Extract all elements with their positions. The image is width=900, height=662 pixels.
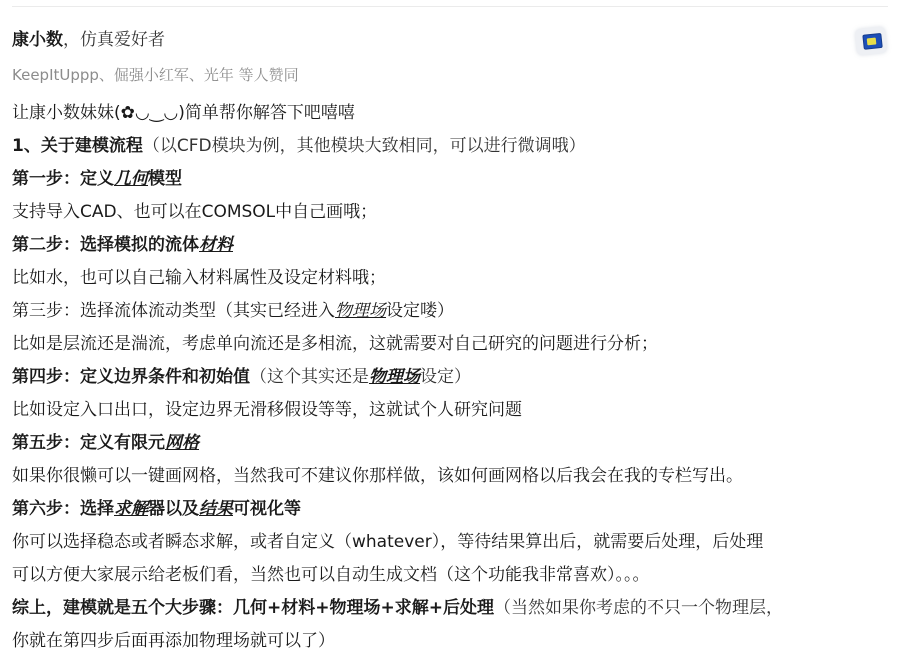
section-1-note: （以CFD模块为例，其他模块大致相同，可以进行微调哦）: [143, 136, 586, 156]
step-2-prefix: 第二步：选择模拟的流体: [12, 235, 199, 255]
step-4-keyword-link[interactable]: 物理场: [369, 367, 420, 387]
summary-heading: 综上，建模就是五个大步骤：几何+材料+物理场+求解+后处理（当然如果你考虑的不只…: [12, 592, 892, 625]
step-3-keyword-link[interactable]: 物理场: [335, 301, 386, 321]
step-3-desc: 比如是层流还是湍流，考虑单向流还是多相流，这就需要对自己研究的问题进行分析；: [12, 328, 892, 361]
step-6-heading: 第六步：选择求解器以及结果可视化等: [12, 493, 892, 526]
section-1-heading: 1、关于建模流程（以CFD模块为例，其他模块大致相同，可以进行微调哦）: [12, 130, 892, 163]
step-5-heading: 第五步：定义有限元网格: [12, 427, 892, 460]
step-1-suffix: 模型: [148, 169, 182, 189]
step-6-middle: 器以及: [148, 499, 199, 519]
step-2-desc: 比如水，也可以自己输入材料属性及设定材料哦；: [12, 262, 892, 295]
step-4-note-suffix: 设定）: [420, 367, 471, 387]
step-6-keyword1-link[interactable]: 求解: [114, 499, 148, 519]
step-4-note-prefix: （这个其实还是: [250, 367, 369, 387]
step-4-title: 第四步：定义边界条件和初始值: [12, 367, 250, 387]
author-separator: ，: [63, 30, 80, 50]
summary-note-line-1: （当然如果你考虑的不只一个物理层，: [494, 598, 783, 618]
top-divider: [12, 6, 888, 7]
step-3-heading: 第三步：选择流体流动类型（其实已经进入物理场设定喽）: [12, 295, 892, 328]
step-2-heading: 第二步：选择模拟的流体材料: [12, 229, 892, 262]
step-1-prefix: 第一步：定义: [12, 169, 114, 189]
step-1-keyword-link[interactable]: 几何: [114, 169, 148, 189]
step-5-keyword-link[interactable]: 网格: [165, 433, 199, 453]
step-5-prefix: 第五步：定义有限元: [12, 433, 165, 453]
author-info: 康小数，仿真爱好者: [12, 28, 165, 52]
voters-text[interactable]: KeepItUppp、倔强小红军、光年 等人赞同: [12, 64, 299, 86]
step-6-prefix: 第六步：选择: [12, 499, 114, 519]
step-3-prefix: 第三步：选择流体流动类型（其实已经进入: [12, 301, 335, 321]
step-4-heading: 第四步：定义边界条件和初始值（这个其实还是物理场设定）: [12, 361, 892, 394]
answer-content: 让康小数妹妹(✿◡‿◡)简单帮你解答下吧嘻嘻 1、关于建模流程（以CFD模块为例…: [12, 97, 892, 658]
author-name[interactable]: 康小数: [12, 30, 63, 50]
step-2-keyword-link[interactable]: 材料: [199, 235, 233, 255]
author-bio: 仿真爱好者: [80, 30, 165, 50]
step-6-desc-line-1: 你可以选择稳态或者瞬态求解，或者自定义（whatever），等待结果算出后，就需…: [12, 526, 892, 559]
badge-screen: [862, 33, 882, 50]
step-5-desc: 如果你很懒可以一键画网格，当然我可不建议你那样做，该如何画网格以后我会在我的专栏…: [12, 460, 892, 493]
summary-title: 综上，建模就是五个大步骤：几何+材料+物理场+求解+后处理: [12, 598, 494, 618]
summary-note-line-2: 你就在第四步后面再添加物理场就可以了）: [12, 625, 892, 658]
step-1-heading: 第一步：定义几何模型: [12, 163, 892, 196]
step-6-suffix: 可视化等: [233, 499, 301, 519]
step-6-keyword2-link[interactable]: 结果: [199, 499, 233, 519]
step-6-desc-line-2: 可以方便大家展示给老板们看，当然也可以自动生成文档（这个功能我非常喜欢）。。。: [12, 559, 892, 592]
step-4-desc: 比如设定入口出口，设定边界无滑移假设等等，这就试个人研究问题: [12, 394, 892, 427]
step-3-suffix: 设定喽）: [386, 301, 454, 321]
monitor-badge-icon: [855, 27, 888, 56]
step-1-desc: 支持导入CAD、也可以在COMSOL中自己画哦；: [12, 196, 892, 229]
intro-line: 让康小数妹妹(✿◡‿◡)简单帮你解答下吧嘻嘻: [12, 97, 892, 130]
section-1-title: 1、关于建模流程: [12, 136, 143, 156]
